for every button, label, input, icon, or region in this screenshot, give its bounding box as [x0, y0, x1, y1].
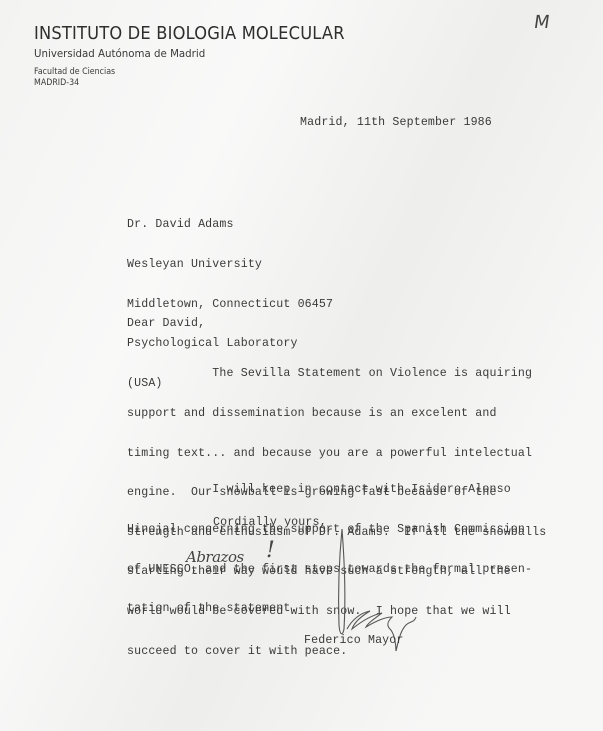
letterhead-faculty: Facultad de Ciencias	[34, 67, 115, 78]
letterhead-institute: INSTITUTO DE BIOLOGIA MOLECULAR	[34, 24, 345, 44]
handwritten-note: Abrazos	[186, 548, 244, 566]
letter-paper: INSTITUTO DE BIOLOGIA MOLECULAR Universi…	[0, 0, 603, 731]
signature-name: Federico Mayor	[304, 634, 404, 647]
letterhead-city: MADRID-34	[34, 78, 115, 89]
address-line: Middletown, Connecticut 06457	[127, 298, 333, 311]
body-line: I will keep in contact with Isidoro Alon…	[127, 483, 532, 496]
handwritten-mark: M	[533, 12, 551, 33]
closing: Cordially yours,	[213, 516, 327, 529]
letterhead-address: Facultad de Ciencias MADRID-34	[34, 67, 115, 89]
date-line: Madrid, 11th September 1986	[300, 116, 492, 129]
body-line: support and dissemination because is an …	[127, 407, 546, 420]
address-line: Wesleyan University	[127, 258, 333, 271]
handwritten-exclamation: !	[266, 538, 275, 563]
body-line: The Sevilla Statement on Violence is aqu…	[127, 367, 546, 380]
letterhead-university: Universidad Autónoma de Madrid	[34, 47, 205, 60]
address-line: Dr. David Adams	[127, 218, 333, 231]
salutation: Dear David,	[127, 317, 205, 330]
